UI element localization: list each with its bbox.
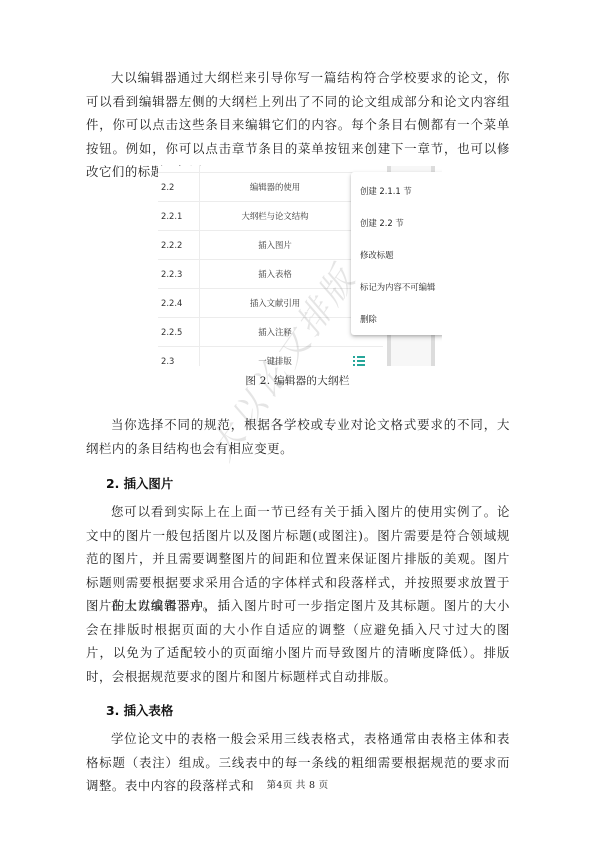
outline-row[interactable]: 2.2.2 插入图片 — [158, 231, 383, 260]
outline-row-number: 2.2.5 — [161, 318, 182, 347]
list-menu-icon[interactable] — [353, 356, 365, 366]
outline-row-title: 插入表格 — [200, 260, 350, 289]
outline-row-number: 2.2.1 — [161, 202, 182, 231]
outline-row[interactable]: 2.3 一键排版 — [158, 347, 383, 366]
figure-caption: 图 2. 编辑器的大纲栏 — [0, 373, 595, 388]
menu-item-lock-content[interactable]: 标记为内容不可编辑 — [351, 271, 442, 303]
outline-row-title: 大纲栏与论文结构 — [200, 202, 350, 231]
page-footer: 第4页 共 8 页 — [0, 777, 595, 791]
section-heading-insert-table: 3. 插入表格 — [106, 701, 173, 719]
menu-item-create-section[interactable]: 创建 2.2 节 — [351, 207, 442, 239]
paragraph-spec-change: 当你选择不同的规范，根据各学校或专业对论文格式要求的不同，大纲栏内的条目结构也会… — [86, 413, 510, 460]
outline-row-title: 插入图片 — [200, 231, 350, 260]
outline-row[interactable]: 2.2.3 插入表格 — [158, 260, 383, 289]
outline-row-number: 2.2.2 — [161, 231, 182, 260]
menu-item-rename[interactable]: 修改标题 — [351, 239, 442, 271]
figure-outline-screenshot: 2.2 编辑器的使用 2.2.1 大纲栏与论文结构 2.2.2 插入图片 2.2… — [158, 166, 442, 366]
outline-panel: 2.2 编辑器的使用 2.2.1 大纲栏与论文结构 2.2.2 插入图片 2.2… — [158, 166, 383, 366]
outline-row-number: 2.2.4 — [161, 289, 182, 318]
outline-row-title: 一键排版 — [200, 347, 350, 366]
outline-row-number: 2.3 — [161, 347, 174, 366]
outline-row-number: 2.2 — [161, 173, 174, 202]
outline-row-number: 2.2.3 — [161, 260, 182, 289]
document-page: 大以编辑器通过大纲栏来引导你写一篇结构符合学校要求的论文，你可以看到编辑器左侧的… — [0, 0, 595, 842]
section-heading-insert-image: 2. 插入图片 — [106, 474, 173, 492]
outline-row[interactable]: 2.2.5 插入注释 — [158, 318, 383, 347]
outline-row[interactable]: 2.2.1 大纲栏与论文结构 — [158, 202, 383, 231]
outline-row[interactable]: 2.2 编辑器的使用 — [158, 173, 383, 202]
outline-row-title: 插入文献引用 — [200, 289, 350, 318]
outline-row[interactable]: 2.2.4 插入文献引用 — [158, 289, 383, 318]
context-menu: 创建 2.1.1 节 创建 2.2 节 修改标题 标记为内容不可编辑 删除 — [351, 172, 442, 335]
paragraph-image-editor: 在大以编辑器中，插入图片时可一步指定图片及其标题。图片的大小会在排版时根据页面的… — [86, 594, 510, 688]
outline-row-title: 插入注释 — [200, 318, 350, 347]
outline-row-title: 编辑器的使用 — [200, 173, 350, 202]
menu-item-delete[interactable]: 删除 — [351, 303, 442, 335]
menu-item-create-subsection[interactable]: 创建 2.1.1 节 — [351, 175, 442, 207]
